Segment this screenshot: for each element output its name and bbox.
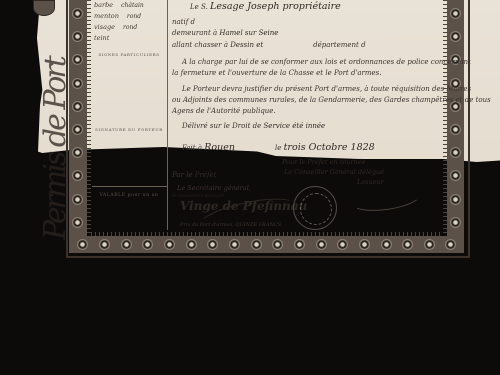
rosette-icon xyxy=(450,194,461,205)
holder-name: Lesage Joseph propriétaire xyxy=(210,1,341,12)
official-stamp xyxy=(293,186,337,230)
rosette-icon xyxy=(77,239,88,250)
rosette-icon xyxy=(450,31,461,42)
delivered-line: Délivré sur le Droit de Service été inné… xyxy=(182,122,325,130)
prefect-signature-1: Pour le Préfet en tournée xyxy=(282,158,365,166)
rosette-icon xyxy=(359,239,370,250)
rosette-icon xyxy=(424,239,435,250)
rosette-icon xyxy=(72,8,83,19)
crest-ornament xyxy=(33,0,55,16)
rosette-icon xyxy=(450,147,461,158)
justify-line-2: ou Adjoints des communes rurales, de la … xyxy=(172,96,491,104)
rosette-icon xyxy=(72,170,83,181)
rosette-icon xyxy=(72,78,83,89)
rosette-icon xyxy=(450,170,461,181)
rosette-icon xyxy=(207,239,218,250)
rosette-icon xyxy=(72,124,83,135)
rosette-icon xyxy=(316,239,327,250)
prefect-signature-3: Lesueur xyxy=(357,178,384,186)
validity-divider xyxy=(92,186,167,187)
field-teint: teint xyxy=(94,34,109,42)
rosette-icon xyxy=(450,217,461,228)
holder-line: Le S. Lesage Joseph propriétaire xyxy=(190,1,341,12)
column-divider xyxy=(167,0,168,230)
field-barbe: barbechâtain xyxy=(94,1,144,9)
justify-line-3: Agens de l'Autorité publique. xyxy=(172,107,276,115)
rosette-icon xyxy=(272,239,283,250)
rosette-icon xyxy=(450,124,461,135)
rosette-icon xyxy=(381,239,392,250)
dark-background xyxy=(0,0,40,300)
rosette-icon xyxy=(72,147,83,158)
rosette-icon xyxy=(251,239,262,250)
rosette-column-left xyxy=(71,2,84,234)
justify-line-1: Le Porteur devra justifier du présent Po… xyxy=(182,85,471,93)
field-visage: visagerond xyxy=(94,23,137,31)
rosette-icon xyxy=(164,239,175,250)
by-prefect-line: Par le Préfet xyxy=(172,171,217,179)
rosette-row-bottom xyxy=(72,238,462,251)
validity-label: VALABLE pour un an xyxy=(92,193,166,198)
rosette-icon xyxy=(402,239,413,250)
rosette-column-right xyxy=(449,2,462,234)
rosette-icon xyxy=(445,239,456,250)
residence-line: demeurant à Hamel sur Seine xyxy=(172,29,278,37)
rosette-icon xyxy=(72,54,83,65)
rosette-icon xyxy=(121,239,132,250)
conditions-line-2: la fermeture et l'ouverture de la Chasse… xyxy=(172,69,382,77)
rosette-icon xyxy=(72,101,83,112)
field-menton: mentonrond xyxy=(94,12,141,20)
prefect-signature-2: Le Conseiller Général délégué xyxy=(284,168,384,176)
secretary-title: Le Secrétaire général, xyxy=(177,184,251,192)
signature-heading: SIGNATURE DU PORTEUR xyxy=(92,127,166,132)
rosette-icon xyxy=(337,239,348,250)
conditions-line-1: A la charge par lui de se conformer aux … xyxy=(182,58,471,66)
rosette-icon xyxy=(99,239,110,250)
rosette-icon xyxy=(450,8,461,19)
hunting-place-line: allant chasser à Dessin etdépartement d xyxy=(172,41,366,49)
rosette-icon xyxy=(72,194,83,205)
stamp-ring xyxy=(300,193,332,225)
rosette-icon xyxy=(186,239,197,250)
rosette-icon xyxy=(142,239,153,250)
rosette-icon xyxy=(294,239,305,250)
rosette-icon xyxy=(72,217,83,228)
rosette-icon xyxy=(229,239,240,250)
border-teeth-bottom xyxy=(91,232,443,236)
signes-particuliers-heading: SIGNES PARTICULIERS xyxy=(92,52,166,57)
birthplace-line: natif d xyxy=(172,18,195,26)
border-teeth-left xyxy=(87,0,91,236)
rosette-icon xyxy=(72,31,83,42)
border-teeth-right xyxy=(443,0,447,236)
place-date-line: Fait à Rouenle trois Octobre 1828 xyxy=(182,142,375,153)
